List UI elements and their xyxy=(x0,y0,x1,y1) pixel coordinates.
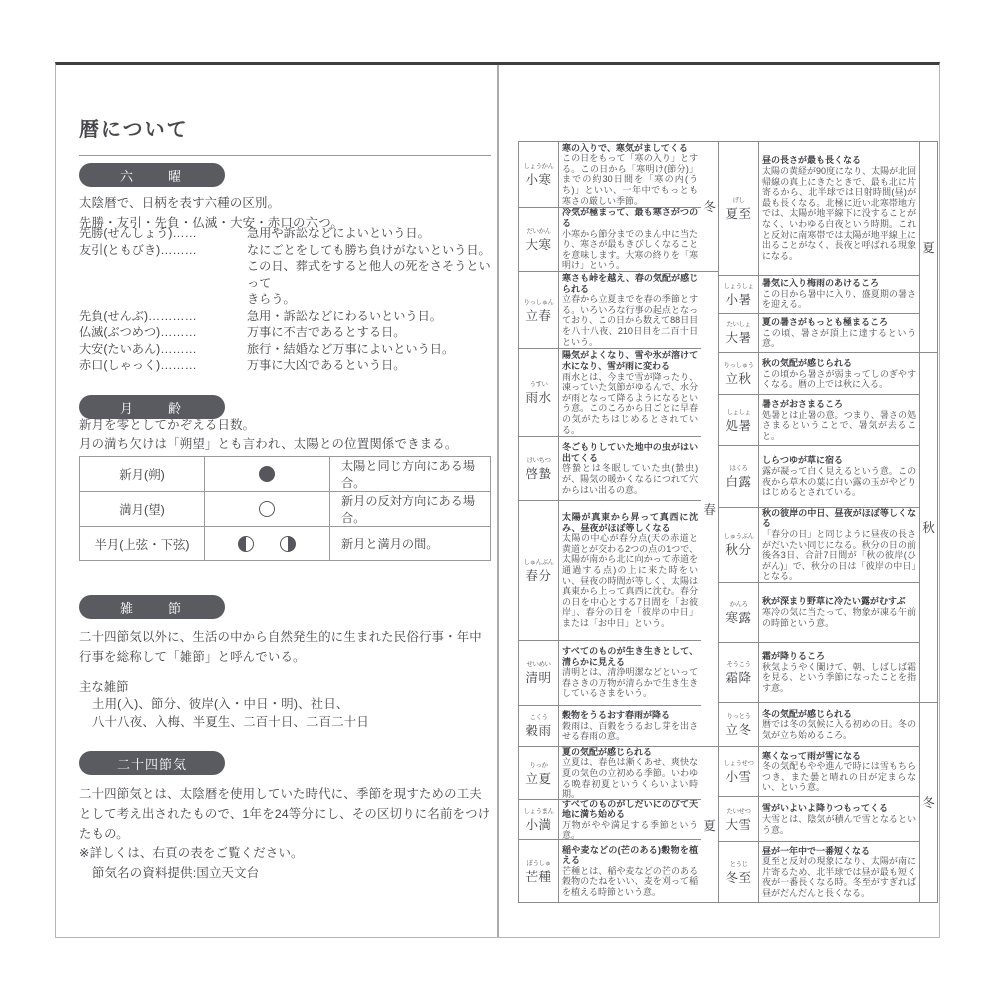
sekki-row: たいしょ大暑夏の暑さがもっとも極まるころこの頃、暑さが頂上に達するという意。 xyxy=(719,314,919,354)
sekki-term-name: 白露 xyxy=(726,472,752,490)
sekki-body: この日をもって「寒の入り」とする。この日から「寒明け(節分)」までの約30日間を… xyxy=(562,153,698,206)
sekki-body: 「春分の日」と同じように昼夜の長さがだいたい同じになる。秋分の日の前後各3日、合… xyxy=(762,529,916,582)
sekki-headline: 冬ごもりしていた地中の虫がはい出てくる xyxy=(562,442,698,463)
sekki-headline: 雪がいよいよ降りつもってくる xyxy=(762,803,916,814)
sekki-term-cell: かんろ寒露 xyxy=(719,583,759,642)
sekki-term-reading: しゅんぶん xyxy=(524,557,554,566)
sekki-desc-cell: 稲や麦などの(芒のある)穀物を植える芒種とは、稲や麦などの芒のある穀物のたねをい… xyxy=(559,840,701,902)
sekki-body: 小寒から節分までのまん中に当たり、寒さが最もきびしくなることを意味します。大寒の… xyxy=(562,229,698,271)
sekki-term-cell: しゅうぶん秋分 xyxy=(719,508,759,582)
rokuyo-item: 友引(ともびき)………なにごとをしても勝ち負けがないという日。この日、葬式をする… xyxy=(79,242,493,308)
sekki-row: しゅんぶん春分太陽が真東から昇って真西に沈み、昼夜がほぼ等しくなる太陽の中心が春… xyxy=(519,501,701,641)
sekki-desc-cell: 寒くなって雨が雪になる冬の気配もやや進んで時には雪もちらつき、また曇と晴れの日が… xyxy=(759,747,919,796)
page-title: 暦について xyxy=(79,113,189,142)
sekki-desc-cell: 冬ごもりしていた地中の虫がはい出てくる啓蟄とは冬眠していた虫(蟄虫)が、陽気の暖… xyxy=(559,437,701,500)
rokuyo-desc-line: 急用や訴訟などによいという日。 xyxy=(247,225,493,242)
sekki-desc-cell: 暑さがおさまるころ処暑とは止暑の意。つまり、暑さの処さまるということで、暑気が去… xyxy=(759,395,919,445)
sekki-term-reading: りっしゅん xyxy=(524,297,554,306)
nijushisekki-body-line: として考え出されたもので、1年を24等分にし、その区切りに名前をつけ xyxy=(79,804,493,824)
sekki-row: げし夏至昼の長さが最も長くなる太陽の黄経が90度になり、太陽が北回帰線の真上にき… xyxy=(719,142,919,276)
sekki-term-reading: しょうしょ xyxy=(724,281,754,290)
sekki-headline: 秋の彼岸の中日、昼夜がほぼ等しくなる xyxy=(762,508,916,529)
sekki-table: しょうかん小寒寒の入りで、寒気がましてくるこの日をもって「寒の入り」とする。この… xyxy=(518,141,938,903)
sekki-term-name: 大寒 xyxy=(525,235,551,253)
sekki-term-cell: こくう穀雨 xyxy=(519,706,559,747)
season-label: 冬 xyxy=(920,703,937,902)
sekki-row: りっしゅん立春寒さも峠を越え、春の気配が感じられる立春から立夏までを春の季節とす… xyxy=(519,272,701,350)
sekki-headline: 太陽が真東から昇って真西に沈み、昼夜がほぼ等しくなる xyxy=(562,512,698,533)
sekki-desc-cell: 秋の彼岸の中日、昼夜がほぼ等しくなる「春分の日」と同じように昼夜の長さがだいたい… xyxy=(759,508,919,582)
sekki-desc-cell: 昼が一年中で一番短くなる夏至と反対の現象になり、太陽が南に片寄るため、北半球では… xyxy=(759,842,919,902)
sekki-term-reading: しょしょ xyxy=(727,407,751,416)
section-pill-nijushisekki: 二十四節気 xyxy=(79,751,225,775)
sekki-term-name: 立冬 xyxy=(726,720,752,738)
footnote-line: 節気名の資料提供:国立天文台 xyxy=(79,863,493,883)
rokuyo-item: 先勝(せんしょう)……急用や訴訟などによいという日。 xyxy=(79,225,493,242)
sekki-body: この日から暑中に入り、盛夏期の暑さを迎える。 xyxy=(762,289,916,310)
sekki-term-name: 夏至 xyxy=(726,204,752,222)
sekki-headline: 夏の暑さがもっとも極まるころ xyxy=(762,317,916,328)
sekki-headline: すべてのものが生き生きとして、清らかに見える xyxy=(562,646,698,667)
rokuyo-list: 先勝(せんしょう)……急用や訴訟などによいという日。友引(ともびき)………なにご… xyxy=(79,225,493,374)
sekki-term-reading: たいせつ xyxy=(727,806,751,815)
moon-symbol-cell xyxy=(205,527,330,560)
sekki-term-name: 芒種 xyxy=(525,867,551,885)
sekki-body: 太陽の黄経が90度になり、太陽が北回帰線の真上にきたときで、最も北に片寄るから、… xyxy=(762,166,916,261)
getsurei-intro-line: 月の満ち欠けは「朔望」とも言われ、太陽との位置関係できまる。 xyxy=(79,435,493,454)
sekki-desc-cell: 夏の気配が感じられる立夏は、春色は漸くあせ、爽快な夏の気色の立初める季節。いわゆ… xyxy=(559,747,701,799)
booklet-spread: 暦について 六 曜 太陰暦で、日柄を表す六種の区別。 先勝・友引・先負・仏滅・大… xyxy=(55,62,940,938)
sekki-term-cell: しょうしょ小暑 xyxy=(719,276,759,313)
sekki-term-cell: しゅんぶん春分 xyxy=(519,501,559,640)
sekki-row: とうじ冬至昼が一年中で一番短くなる夏至と反対の現象になり、太陽が南に片寄るため、… xyxy=(719,842,919,902)
section-pill-getsurei-label: 月 齢 xyxy=(120,398,184,417)
sekki-desc-cell: 陽気がよくなり、雪や氷が溶けて水になり、雪が雨に変わる雨水とは、今まで雪が降った… xyxy=(559,349,701,436)
sekki-body: 清明とは、清浄明潔などといって春さきの万物が清らかで生き生きしているさまをいう。 xyxy=(562,667,698,699)
sekki-right-column: げし夏至昼の長さが最も長くなる太陽の黄経が90度になり、太陽が北回帰線の真上にき… xyxy=(719,142,920,902)
sekki-headline: 穀物をうるおす春雨が降る xyxy=(562,710,698,721)
sekki-body: 大雪とは、陰気が積んで雪となるという意。 xyxy=(762,814,916,835)
sekki-body: 穀雨は、百穀をうるおし芽を出させる春雨の意。 xyxy=(562,721,698,742)
rokuyo-desc-line: きらう。 xyxy=(247,291,493,308)
zassetsu-body-line: 二十四節気以外に、生活の中から自然発生的に生まれた民俗行事・年中 xyxy=(79,627,493,647)
sekki-desc-cell: 寒さも峠を越え、春の気配が感じられる立春から立夏までを春の季節とする。いろいろな… xyxy=(559,272,701,349)
sekki-body: 立夏は、春色は漸くあせ、爽快な夏の気色の立初める季節。いわゆる晩春初夏というくら… xyxy=(562,757,698,799)
sekki-term-reading: はくろ xyxy=(730,463,748,472)
sekki-desc-cell: 寒の入りで、寒気がましてくるこの日をもって「寒の入り」とする。この日から「寒明け… xyxy=(559,142,701,207)
sekki-term-cell: りっしゅん立春 xyxy=(519,272,559,349)
sekki-term-reading: とうじ xyxy=(730,859,748,868)
sekki-term-reading: りっとう xyxy=(727,711,751,720)
sekki-headline: 陽気がよくなり、雪や氷が溶けて水になり、雪が雨に変わる xyxy=(562,350,698,371)
sekki-body: 冬の気配もやや進んで時には雪もちらつき、また曇と晴れの日が定まらない、という意。 xyxy=(762,761,916,793)
title-rule xyxy=(79,155,491,156)
sekki-headline: 夏の気配が感じられる xyxy=(562,747,698,757)
sekki-body: 寒冷の気に当たって、物象が凍る午前の時節という意。 xyxy=(762,607,916,628)
sekki-term-reading: しょうせつ xyxy=(724,758,754,767)
sekki-term-reading: りっしゅう xyxy=(724,360,754,369)
nijushisekki-body: 二十四節気とは、太陰暦を使用していた時代に、季節を現すための工夫 として考え出さ… xyxy=(79,784,493,844)
sekki-term-name: 冬至 xyxy=(726,868,752,886)
moon-phase-name: 新月(朔) xyxy=(80,457,205,491)
sekki-headline: 暑気に入り梅雨のあけるころ xyxy=(762,278,916,289)
sekki-headline: 昼が一年中で一番短くなる xyxy=(762,846,916,857)
moon-symbol-cell xyxy=(205,492,330,526)
sekki-term-name: 小暑 xyxy=(726,290,752,308)
rokuyo-desc: 急用や訴訟などによいという日。 xyxy=(247,225,493,242)
sekki-row: こくう穀雨穀物をうるおす春雨が降る穀雨は、百穀をうるおし芽を出させる春雨の意。 xyxy=(519,706,701,748)
sekki-term-reading: しゅうぶん xyxy=(724,531,754,540)
sekki-term-cell: しょうかん小寒 xyxy=(519,142,559,207)
sekki-desc-cell: 暑気に入り梅雨のあけるころこの日から暑中に入り、盛夏期の暑さを迎える。 xyxy=(759,276,919,313)
sekki-headline: 霜が降りるころ xyxy=(762,651,916,662)
sekki-body: 夏至と反対の現象になり、太陽が南に片寄るため、北半球では昼が最も短く夜が一番長く… xyxy=(762,856,916,898)
rokuyo-desc-line: 万事に大凶であるという日。 xyxy=(247,357,493,374)
season-label: 夏 xyxy=(701,747,718,902)
sekki-row: しゅうぶん秋分秋の彼岸の中日、昼夜がほぼ等しくなる「春分の日」と同じように昼夜の… xyxy=(719,508,919,583)
rokuyo-item: 先負(せんぶ)…………急用・訴訟などにわるいという日。 xyxy=(79,308,493,325)
sekki-term-cell: そうこう霜降 xyxy=(719,643,759,702)
sekki-term-name: 穀雨 xyxy=(525,721,551,739)
moon-phase-name: 満月(望) xyxy=(80,492,205,526)
sekki-term-reading: そうこう xyxy=(727,659,751,668)
sekki-term-cell: とうじ冬至 xyxy=(719,842,759,902)
sekki-row: りっとう立冬冬の気配が感じられる暦では冬の気候に入る初めの日。冬の気が立ち始める… xyxy=(719,703,919,748)
sekki-desc-cell: 秋が深まり野草に冷たい露がむすぶ寒冷の気に当たって、物象が凍る午前の時節という意… xyxy=(759,583,919,642)
sekki-row: しょうしょ小暑暑気に入り梅雨のあけるころこの日から暑中に入り、盛夏期の暑さを迎え… xyxy=(719,276,919,314)
rokuyo-term: 友引(ともびき)……… xyxy=(79,242,247,308)
sekki-headline: 秋の気配が感じられる xyxy=(762,358,916,369)
sekki-body: 芒種とは、稲や麦などの芒のある穀物のたねをいい、麦を刈って稲を植える時節という意… xyxy=(562,866,698,898)
zassetsu-subtitle: 主な雑節 xyxy=(79,677,129,695)
sekki-desc-cell: 冬の気配が感じられる暦では冬の気候に入る初めの日。冬の気が立ち始めるころ。 xyxy=(759,703,919,747)
rokuyo-item: 仏滅(ぶつめつ)………万事に不吉であるとする日。 xyxy=(79,324,493,341)
sekki-row: りっか立夏夏の気配が感じられる立夏は、春色は漸くあせ、爽快な夏の気色の立初める季… xyxy=(519,747,701,800)
footnote-line: ※詳しくは、右頁の表をご覧ください。 xyxy=(79,843,493,863)
sekki-headline: 寒さも峠を越え、春の気配が感じられる xyxy=(562,273,698,294)
sekki-headline: しらつゆが草に宿る xyxy=(762,455,916,466)
zassetsu-item-line: 土用(入)、節分、彼岸(入・中日・明)、社日、 xyxy=(92,695,506,713)
moon-table-row: 半月(上弦・下弦)新月と満月の間。 xyxy=(80,527,490,560)
sekki-row: しょうかん小寒寒の入りで、寒気がましてくるこの日をもって「寒の入り」とする。この… xyxy=(519,142,701,208)
sekki-headline: 昼の長さが最も長くなる xyxy=(762,155,916,166)
rokuyo-term: 先勝(せんしょう)…… xyxy=(79,225,247,242)
section-pill-zassetsu: 雑 節 xyxy=(79,595,225,619)
sekki-term-reading: けいちつ xyxy=(527,455,551,464)
section-pill-nijushisekki-label: 二十四節気 xyxy=(117,754,187,773)
page-gutter-divider xyxy=(497,65,499,937)
sekki-desc-cell: 夏の暑さがもっとも極まるころこの頃、暑さが頂上に達するという意。 xyxy=(759,314,919,353)
sekki-desc-cell: 霜が降りるころ秋気ようやく闌けて、朝、しばしば霜を見る、という季節になったことを… xyxy=(759,643,919,702)
nijushisekki-body-line: たもの。 xyxy=(79,824,493,844)
section-pill-rokuyo: 六 曜 xyxy=(79,163,225,187)
rokuyo-desc: 万事に不吉であるとする日。 xyxy=(247,324,493,341)
sekki-term-name: 霜降 xyxy=(726,668,752,686)
sekki-desc-cell: 昼の長さが最も長くなる太陽の黄経が90度になり、太陽が北回帰線の真上にきたときで… xyxy=(759,142,919,275)
full-moon-icon xyxy=(259,501,275,517)
rokuyo-term: 大安(たいあん)……… xyxy=(79,341,247,358)
sekki-term-cell: たいせつ大雪 xyxy=(719,797,759,841)
sekki-term-reading: しょうまん xyxy=(524,806,554,815)
sekki-left-seasons: 冬春夏 xyxy=(701,142,719,902)
sekki-term-name: 立夏 xyxy=(525,769,551,787)
sekki-right-seasons: 夏秋冬 xyxy=(920,142,937,902)
moon-table-row: 満月(望)新月の反対方向にある場合。 xyxy=(80,492,490,527)
season-label: 春 xyxy=(701,272,718,748)
sekki-row: うすい雨水陽気がよくなり、雪や氷が溶けて水になり、雪が雨に変わる雨水とは、今まで… xyxy=(519,349,701,437)
sekki-headline: 寒の入りで、寒気がましてくる xyxy=(562,143,698,154)
footnotes: ※詳しくは、右頁の表をご覧ください。 節気名の資料提供:国立天文台 xyxy=(79,843,493,883)
sekki-term-cell: しょうせつ小雪 xyxy=(719,747,759,796)
rokuyo-desc: 万事に大凶であるという日。 xyxy=(247,357,493,374)
season-label: 夏 xyxy=(920,142,937,353)
sekki-term-cell: せいめい清明 xyxy=(519,641,559,705)
moon-phase-desc: 新月の反対方向にある場合。 xyxy=(330,492,490,526)
sekki-term-cell: りっか立夏 xyxy=(519,747,559,799)
sekki-term-reading: たいしょ xyxy=(727,319,751,328)
sekki-term-cell: だいかん大寒 xyxy=(519,208,559,271)
sekki-term-name: 春分 xyxy=(525,566,551,584)
section-pill-zassetsu-label: 雑 節 xyxy=(120,598,184,617)
rokuyo-desc-line: この日、葬式をすると他人の死をさそうといって xyxy=(247,258,493,291)
sekki-term-cell: げし夏至 xyxy=(719,142,759,275)
new-moon-icon xyxy=(259,466,275,482)
sekki-body: 啓蟄とは冬眠していた虫(蟄虫)が、陽気の暖かくなるにつれて穴からはい出るの意。 xyxy=(562,463,698,495)
sekki-row: けいちつ啓蟄冬ごもりしていた地中の虫がはい出てくる啓蟄とは冬眠していた虫(蟄虫)… xyxy=(519,437,701,501)
zassetsu-body-line: 行事を総称して「雑節」と呼んでいる。 xyxy=(79,647,493,667)
sekki-headline: 稲や麦などの(芒のある)穀物を植える xyxy=(562,845,698,866)
sekki-term-name: 清明 xyxy=(525,668,551,686)
sekki-row: しょしょ処暑暑さがおさまるころ処暑とは止暑の意。つまり、暑さの処さまるということ… xyxy=(719,395,919,446)
zassetsu-body: 二十四節気以外に、生活の中から自然発生的に生まれた民俗行事・年中 行事を総称して… xyxy=(79,627,493,667)
sekki-term-name: 小寒 xyxy=(525,170,551,188)
getsurei-intro: 新月を零としてかぞえる日数。 月の満ち欠けは「朔望」とも言われ、太陽との位置関係… xyxy=(79,416,493,454)
sekki-term-reading: こくう xyxy=(530,712,548,721)
sekki-desc-cell: すべてのものがしだいにのびて天地に満ち始める万物がやや満足する季節という意。 xyxy=(559,800,701,839)
sekki-term-reading: ぼうしゅ xyxy=(527,858,551,867)
sekki-body: 暦では冬の気候に入る初めの日。冬の気が立ち始めるころ。 xyxy=(762,719,916,740)
zassetsu-items: 土用(入)、節分、彼岸(入・中日・明)、社日、 八十八夜、入梅、半夏生、二百十日… xyxy=(79,695,506,731)
sekki-headline: 冬の気配が感じられる xyxy=(762,709,916,720)
sekki-term-name: 啓蟄 xyxy=(525,464,551,482)
sekki-headline: すべてのものがしだいにのびて天地に満ち始める xyxy=(562,800,698,819)
sekki-body: 太陽の中心が春分点(天の赤道と黄道とが交わる2つの点の1つで、太陽が南から北に向… xyxy=(562,533,698,628)
sekki-term-name: 立秋 xyxy=(726,369,752,387)
sekki-row: そうこう霜降霜が降りるころ秋気ようやく闌けて、朝、しばしば霜を見る、という季節に… xyxy=(719,643,919,703)
sekki-term-name: 寒露 xyxy=(726,608,752,626)
rokuyo-item: 赤口(しゃっく)………万事に大凶であるという日。 xyxy=(79,357,493,374)
sekki-term-cell: たいしょ大暑 xyxy=(719,314,759,353)
sekki-term-name: 処暑 xyxy=(726,416,752,434)
half-left-icon xyxy=(238,536,254,552)
rokuyo-intro-line: 太陰暦で、日柄を表す六種の区別。 xyxy=(79,193,493,213)
sekki-term-reading: せいめい xyxy=(527,659,551,668)
sekki-row: はくろ白露しらつゆが草に宿る露が凝って白く見えるという意。この夜から草木の葉に白… xyxy=(719,446,919,508)
sekki-term-reading: りっか xyxy=(530,760,548,769)
sekki-term-name: 大暑 xyxy=(726,328,752,346)
sekki-term-reading: だいかん xyxy=(527,226,551,235)
sekki-row: せいめい清明すべてのものが生き生きとして、清らかに見える清明とは、清浄明潔などと… xyxy=(519,641,701,706)
rokuyo-item: 大安(たいあん)………旅行・結婚など万事によいという日。 xyxy=(79,341,493,358)
sekki-desc-cell: すべてのものが生き生きとして、清らかに見える清明とは、清浄明潔などといって春さき… xyxy=(559,641,701,705)
sekki-term-reading: うすい xyxy=(530,379,548,388)
rokuyo-term: 先負(せんぶ)………… xyxy=(79,308,247,325)
rokuyo-desc-line: 旅行・結婚など万事によいという日。 xyxy=(247,341,493,358)
sekki-headline: 寒くなって雨が雪になる xyxy=(762,751,916,762)
sekki-desc-cell: 冷気が極まって、最も寒さがつのる小寒から節分までのまん中に当たり、寒さが最もきび… xyxy=(559,208,701,271)
rokuyo-desc-line: 急用・訴訟などにわるいという日。 xyxy=(247,308,493,325)
moon-table-row: 新月(朔)太陽と同じ方向にある場合。 xyxy=(80,457,490,492)
sekki-term-reading: げし xyxy=(733,195,745,204)
sekki-term-cell: けいちつ啓蟄 xyxy=(519,437,559,500)
sekki-body: 秋気ようやく闌けて、朝、しばしば霜を見る、という季節になったことを指す意。 xyxy=(762,662,916,694)
sekki-body: 立春から立夏までを春の季節とする。いろいろな行事の起点となっており、この日から数… xyxy=(562,294,698,347)
zassetsu-item-line: 八十八夜、入梅、半夏生、二百十日、二百二十日 xyxy=(92,713,506,731)
moon-phase-name: 半月(上弦・下弦) xyxy=(80,527,205,560)
sekki-row: りっしゅう立秋秋の気配が感じられるこの頃から暑さが弱まってしのぎやすくなる。暦の… xyxy=(719,353,919,395)
sekki-desc-cell: 太陽が真東から昇って真西に沈み、昼夜がほぼ等しくなる太陽の中心が春分点(天の赤道… xyxy=(559,501,701,640)
sekki-body: この頃、暑さが頂上に達するという意。 xyxy=(762,328,916,349)
rokuyo-term: 赤口(しゃっく)……… xyxy=(79,357,247,374)
sekki-term-name: 小満 xyxy=(525,815,551,833)
rokuyo-term: 仏滅(ぶつめつ)……… xyxy=(79,324,247,341)
rokuyo-desc: 急用・訴訟などにわるいという日。 xyxy=(247,308,493,325)
moon-phase-table: 新月(朔)太陽と同じ方向にある場合。満月(望)新月の反対方向にある場合。半月(上… xyxy=(79,456,491,561)
sekki-term-name: 雨水 xyxy=(525,388,551,406)
sekki-headline: 暑さがおさまるころ xyxy=(762,399,916,410)
sekki-term-cell: りっしゅう立秋 xyxy=(719,353,759,394)
rokuyo-desc-line: 万事に不吉であるとする日。 xyxy=(247,324,493,341)
sekki-term-reading: かんろ xyxy=(730,599,748,608)
rokuyo-desc: なにごとをしても勝ち負けがないという日。この日、葬式をすると他人の死をさそうとい… xyxy=(247,242,493,308)
sekki-row: たいせつ大雪雪がいよいよ降りつもってくる大雪とは、陰気が積んで雪となるという意。 xyxy=(719,797,919,842)
season-label: 秋 xyxy=(920,353,937,702)
sekki-desc-cell: 秋の気配が感じられるこの頃から暑さが弱まってしのぎやすくなる。暦の上では秋に入る… xyxy=(759,353,919,394)
sekki-row: しょうせつ小雪寒くなって雨が雪になる冬の気配もやや進んで時には雪もちらつき、また… xyxy=(719,747,919,797)
sekki-row: ぼうしゅ芒種稲や麦などの(芒のある)穀物を植える芒種とは、稲や麦などの芒のある穀… xyxy=(519,840,701,902)
sekki-term-cell: うすい雨水 xyxy=(519,349,559,436)
sekki-term-name: 立春 xyxy=(525,306,551,324)
sekki-term-cell: はくろ白露 xyxy=(719,446,759,507)
sekki-row: しょうまん小満すべてのものがしだいにのびて天地に満ち始める万物がやや満足する季節… xyxy=(519,800,701,840)
sekki-body: 処暑とは止暑の意。つまり、暑さの処さまるということで、暑気が去ること。 xyxy=(762,410,916,442)
sekki-body: 露が凝って白く見えるという意。この夜から草木の葉に白い露の玉がやどりはじめるとさ… xyxy=(762,466,916,498)
sekki-term-name: 小雪 xyxy=(726,767,752,785)
rokuyo-desc-line: なにごとをしても勝ち負けがないという日。 xyxy=(247,242,493,259)
sekki-headline: 冷気が極まって、最も寒さがつのる xyxy=(562,208,698,229)
section-pill-rokuyo-label: 六 曜 xyxy=(120,166,184,185)
nijushisekki-body-line: 二十四節気とは、太陰暦を使用していた時代に、季節を現すための工夫 xyxy=(79,784,493,804)
sekki-desc-cell: 雪がいよいよ降りつもってくる大雪とは、陰気が積んで雪となるという意。 xyxy=(759,797,919,841)
getsurei-intro-line: 新月を零としてかぞえる日数。 xyxy=(79,416,493,435)
half-right-icon xyxy=(280,536,296,552)
sekki-body: 雨水とは、今まで雪が降ったり、凍っていた気節がゆるんで、水分が雨となって降るよう… xyxy=(562,372,698,436)
sekki-row: かんろ寒露秋が深まり野草に冷たい露がむすぶ寒冷の気に当たって、物象が凍る午前の時… xyxy=(719,583,919,643)
moon-phase-desc: 太陽と同じ方向にある場合。 xyxy=(330,457,490,491)
sekki-desc-cell: しらつゆが草に宿る露が凝って白く見えるという意。この夜から草木の葉に白い露の玉が… xyxy=(759,446,919,507)
sekki-desc-cell: 穀物をうるおす春雨が降る穀雨は、百穀をうるおし芽を出させる春雨の意。 xyxy=(559,706,701,747)
sekki-term-cell: しょうまん小満 xyxy=(519,800,559,839)
sekki-body: この頃から暑さが弱まってしのぎやすくなる。暦の上では秋に入る。 xyxy=(762,369,916,390)
sekki-term-reading: しょうかん xyxy=(524,161,554,170)
sekki-term-cell: りっとう立冬 xyxy=(719,703,759,747)
sekki-term-cell: しょしょ処暑 xyxy=(719,395,759,445)
moon-phase-desc: 新月と満月の間。 xyxy=(330,527,490,560)
moon-symbol-cell xyxy=(205,457,330,491)
sekki-row: だいかん大寒冷気が極まって、最も寒さがつのる小寒から節分までのまん中に当たり、寒… xyxy=(519,208,701,272)
rokuyo-desc: 旅行・結婚など万事によいという日。 xyxy=(247,341,493,358)
season-label: 冬 xyxy=(701,142,718,272)
sekki-body: 万物がやや満足する季節という意。 xyxy=(562,820,698,839)
sekki-headline: 秋が深まり野草に冷たい露がむすぶ xyxy=(762,596,916,607)
sekki-term-cell: ぼうしゅ芒種 xyxy=(519,840,559,902)
sekki-term-name: 秋分 xyxy=(726,540,752,558)
sekki-term-name: 大雪 xyxy=(726,815,752,833)
sekki-left-column: しょうかん小寒寒の入りで、寒気がましてくるこの日をもって「寒の入り」とする。この… xyxy=(519,142,701,902)
